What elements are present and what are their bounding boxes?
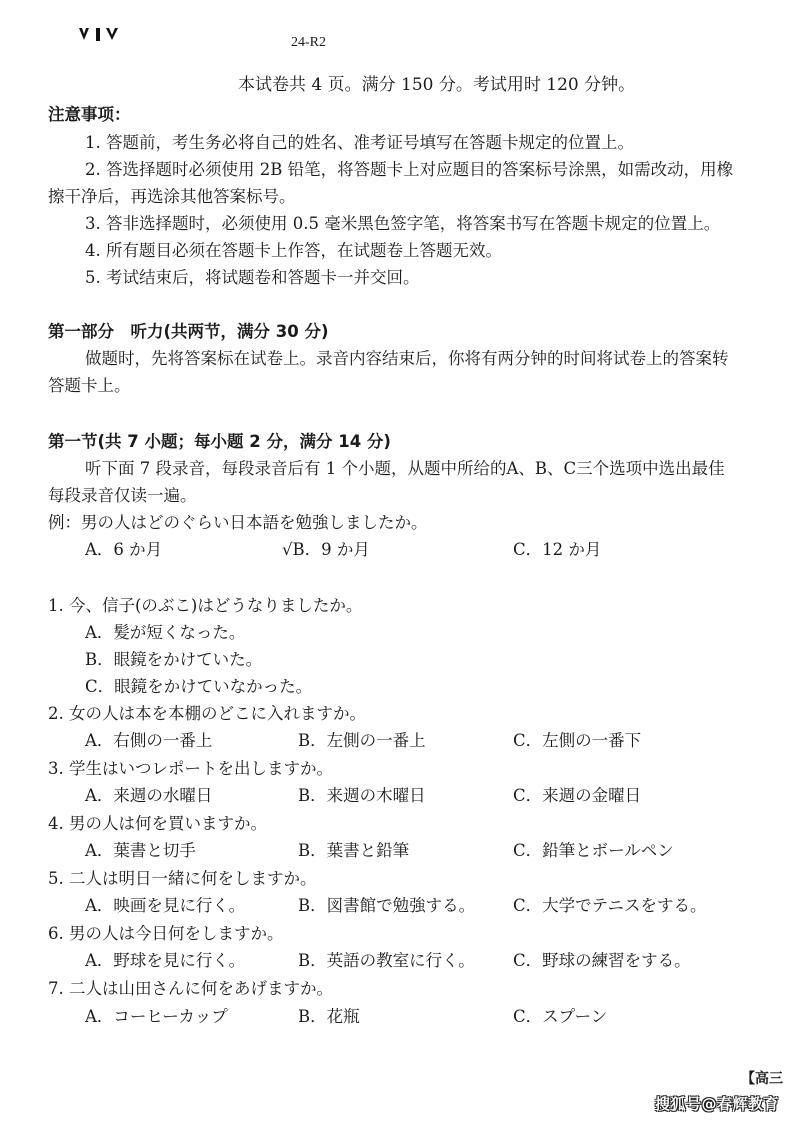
logo-fragment-icon: [78, 26, 124, 42]
question-6-option-a: A．野球を見に行く。: [85, 947, 245, 971]
question-3-option-a: A．来週の水曜日: [85, 782, 212, 806]
part-instructions-continued: 答题卡上。: [48, 372, 131, 396]
watermark: 搜狐号@春辉教育: [655, 1093, 779, 1114]
section-title: 第一节(共 7 小题；每小题 2 分，满分 14 分): [48, 428, 391, 452]
page-corner-label: 【高三: [741, 1068, 783, 1088]
part-title: 第一部分 听力(共两节，满分 30 分): [48, 318, 329, 342]
example-question: 例：男の人はどのぐらい日本語を勉強しましたか。: [48, 509, 428, 533]
question-2-option-c: C．左側の一番下: [513, 727, 641, 751]
notice-item: 5. 考试结束后，将试题卷和答题卡一并交回。: [85, 264, 420, 288]
paper-code: 24-R2: [291, 35, 326, 51]
question-4-option-b: B．葉書と鉛筆: [298, 837, 409, 861]
question-4-option-c: C．鉛筆とボールペン: [513, 837, 674, 861]
question-1: 1. 今、信子(のぶこ)はどうなりましたか。: [48, 592, 362, 616]
question-1-option-c: C．眼鏡をかけていなかった。: [85, 673, 312, 697]
section-instructions-continued: 每段录音仅读一遍。: [48, 482, 197, 506]
question-3: 3. 学生はいつレポートを出しますか。: [48, 755, 333, 779]
question-1-option-b: B．眼鏡をかけていた。: [85, 646, 262, 670]
question-6: 6. 男の人は今日何をしますか。: [48, 920, 284, 944]
notice-title: 注意事项：: [48, 101, 131, 125]
question-5-option-c: C．大学でテニスをする。: [513, 892, 706, 916]
question-5-option-a: A．映画を見に行く。: [85, 892, 245, 916]
section-instructions: 听下面 7 段录音，每段录音后有 1 个小题，从题中所给的A、B、C三个选项中选…: [85, 455, 725, 479]
notice-item: 1. 答题前，考生务必将自己的姓名、准考证号填写在答题卡规定的位置上。: [85, 129, 634, 153]
question-7-option-c: C．スプーン: [513, 1003, 607, 1027]
notice-item: 4. 所有题目必须在答题卡上作答，在试题卷上答题无效。: [85, 237, 502, 261]
example-option-c: C．12 か月: [513, 536, 601, 560]
question-2: 2. 女の人は本を本棚のどこに入れますか。: [48, 700, 366, 724]
question-7-option-a: A．コーヒーカップ: [85, 1003, 228, 1027]
notice-item: 3. 答非选择题时，必须使用 0.5 毫米黑色签字笔，将答案书写在答题卡规定的位…: [85, 210, 720, 234]
part-instructions: 做题时，先将答案标在试卷上。录音内容结束后，你将有两分钟的时间将试卷上的答案转: [85, 345, 729, 369]
question-4-option-a: A．葉書と切手: [85, 837, 196, 861]
example-option-a: A．6 か月: [85, 536, 162, 560]
question-1-option-a: A．髪が短くなった。: [85, 619, 245, 643]
notice-item: 2. 答选择题时必须使用 2B 铅笔，将答题卡上对应题目的答案标号涂黑，如需改动…: [85, 156, 733, 180]
exam-meta: 本试卷共 4 页。满分 150 分。考试用时 120 分钟。: [238, 70, 635, 95]
question-2-option-b: B．左側の一番上: [298, 727, 426, 751]
question-6-option-c: C．野球の練習をする。: [513, 947, 691, 971]
question-6-option-b: B．英語の教室に行く。: [298, 947, 475, 971]
question-7-option-b: B．花瓶: [298, 1003, 360, 1027]
question-3-option-b: B．来週の木曜日: [298, 782, 426, 806]
question-5-option-b: B．図書館で勉強する。: [298, 892, 475, 916]
question-5: 5. 二人は明日一緒に何をしますか。: [48, 865, 317, 889]
notice-item-continued: 擦干净后，再选涂其他答案标号。: [48, 183, 296, 207]
question-3-option-c: C．来週の金曜日: [513, 782, 641, 806]
question-2-option-a: A．右側の一番上: [85, 727, 212, 751]
question-4: 4. 男の人は何を買いますか。: [48, 810, 267, 834]
question-7: 7. 二人は山田さんに何をあげますか。: [48, 975, 333, 999]
example-option-b-correct: √B．9 か月: [282, 536, 370, 560]
